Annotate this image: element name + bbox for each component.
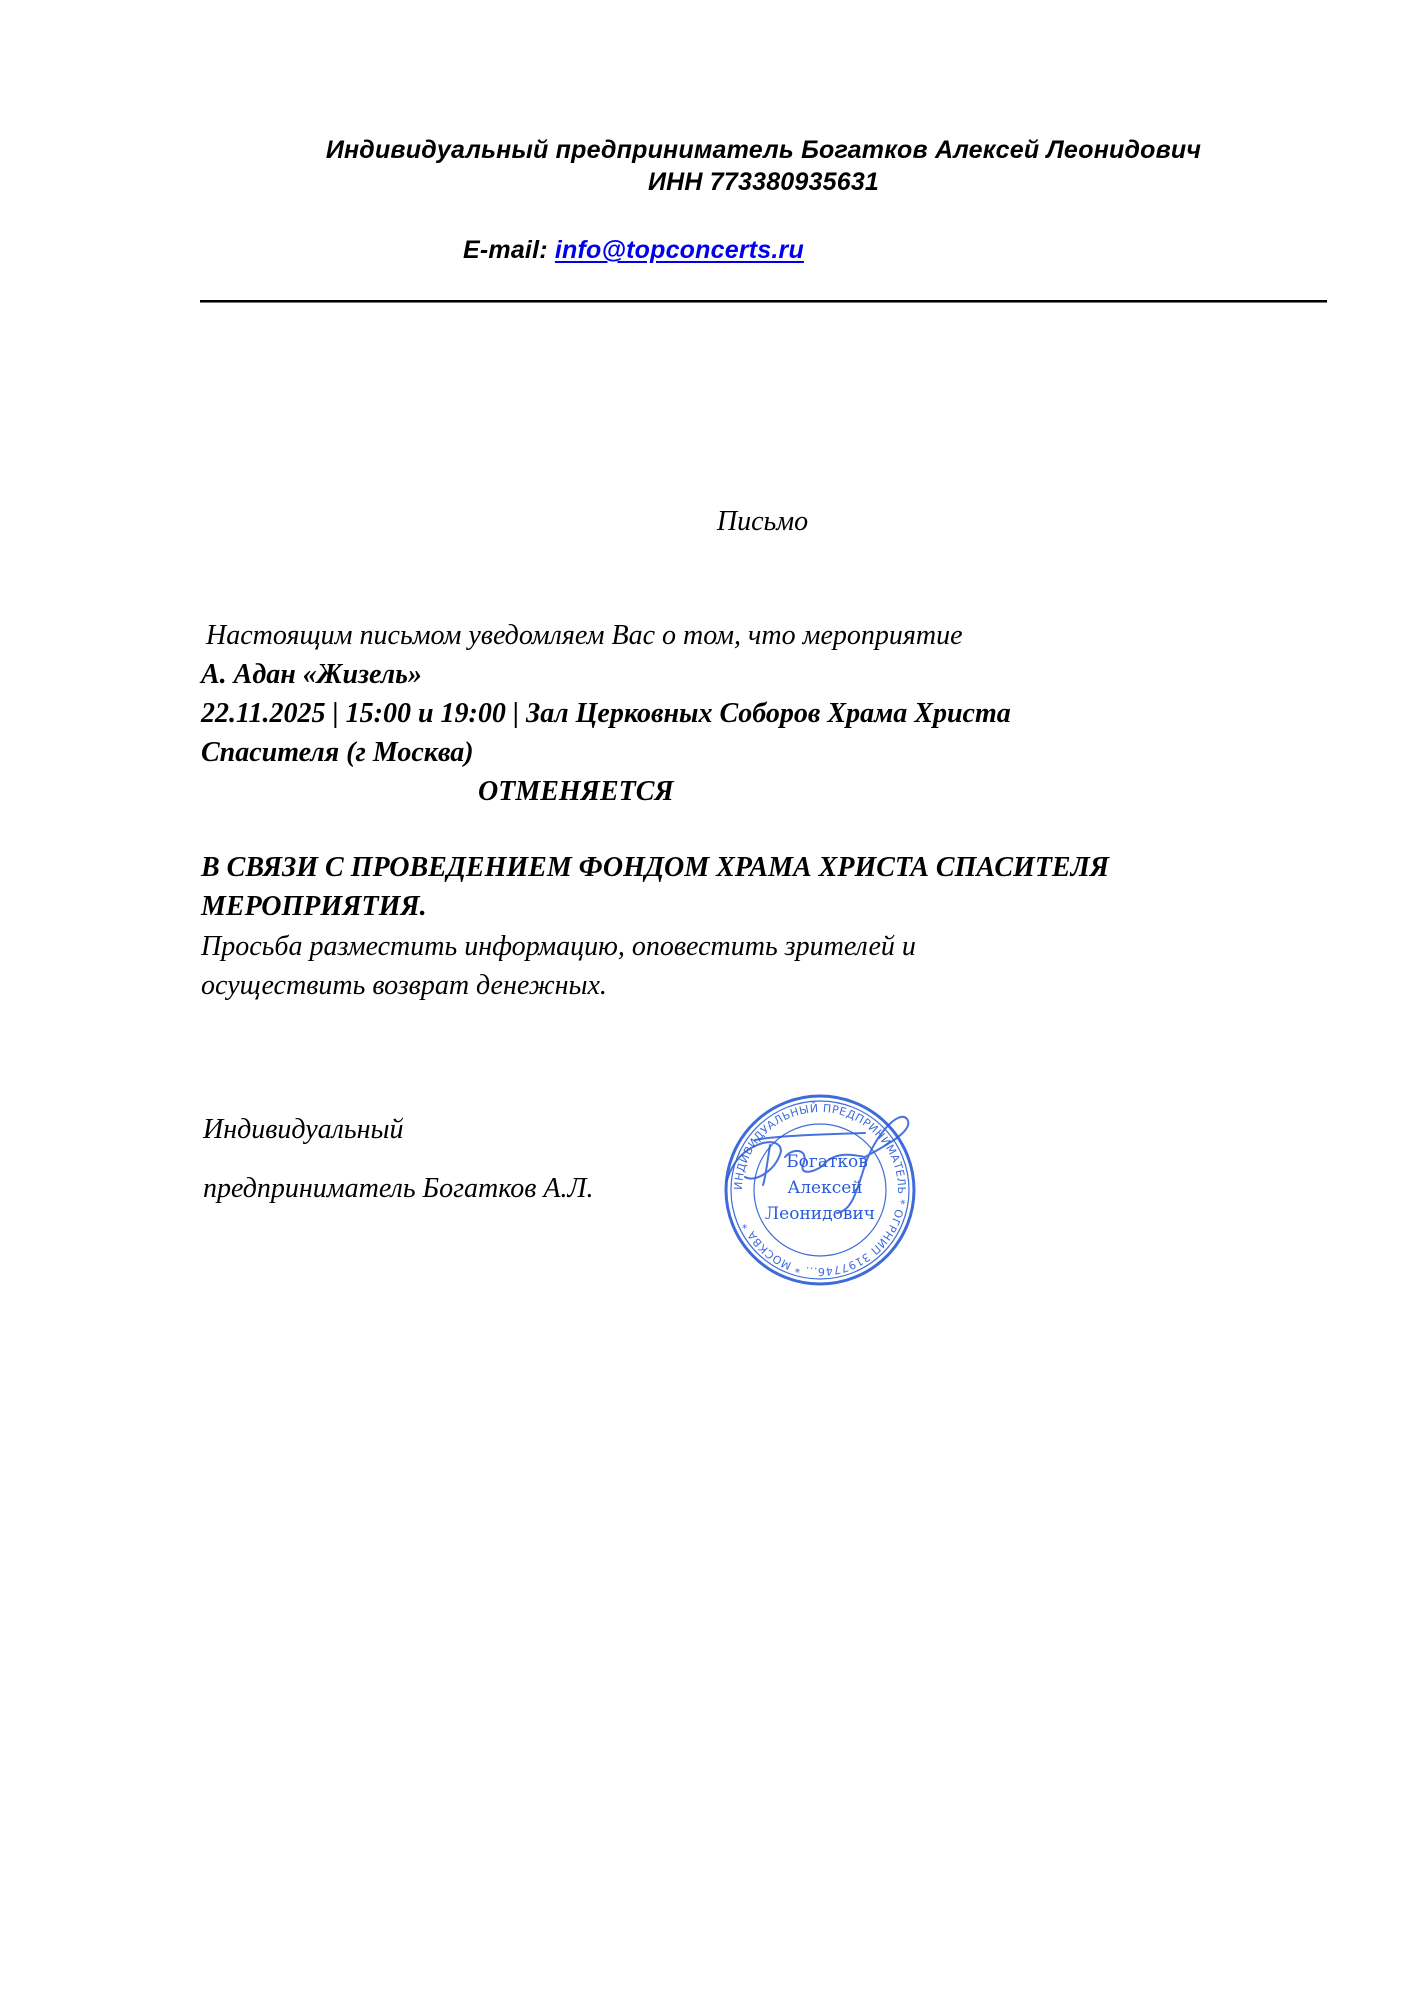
- email-line: E-mail: info@topconcerts.ru: [463, 236, 804, 265]
- official-stamp-icon: ИНДИВИДУАЛЬНЫЙ ПРЕДПРИНИМАТЕЛЬ * ОГРНИП …: [715, 1085, 925, 1295]
- event-details-line2: Спасителя (г Москва): [201, 737, 474, 769]
- email-link[interactable]: info@topconcerts.ru: [555, 236, 804, 264]
- header-divider: [200, 300, 1327, 302]
- letter-title: Письмо: [0, 506, 1414, 538]
- request-line2: осуществить возврат денежных.: [201, 970, 607, 1002]
- reason-line1: В СВЯЗИ С ПРОВЕДЕНИЕМ ФОНДОМ ХРАМА ХРИСТ…: [201, 852, 1109, 884]
- event-status: ОТМЕНЯЕТСЯ: [478, 776, 674, 808]
- request-line1: Просьба разместить информацию, оповестит…: [201, 931, 916, 963]
- signature-title-line2: предприниматель Богатков А.Л.: [203, 1173, 593, 1205]
- email-label: E-mail:: [463, 236, 555, 264]
- event-details-line1: 22.11.2025 | 15:00 и 19:00 | Зал Церковн…: [201, 698, 1011, 730]
- signature-title-line1: Индивидуальный: [203, 1114, 403, 1146]
- stamp-line2: Алексей: [787, 1178, 862, 1198]
- issuer-inn: ИНН 773380935631: [200, 168, 1327, 197]
- stamp-line3: Леонидович: [765, 1204, 875, 1224]
- event-name: А. Адан «Жизель»: [201, 659, 422, 691]
- reason-line2: МЕРОПРИЯТИЯ.: [201, 891, 427, 923]
- issuer-name: Индивидуальный предприниматель Богатков …: [200, 136, 1327, 165]
- letter-intro: Настоящим письмом уведомляем Вас о том, …: [206, 620, 963, 652]
